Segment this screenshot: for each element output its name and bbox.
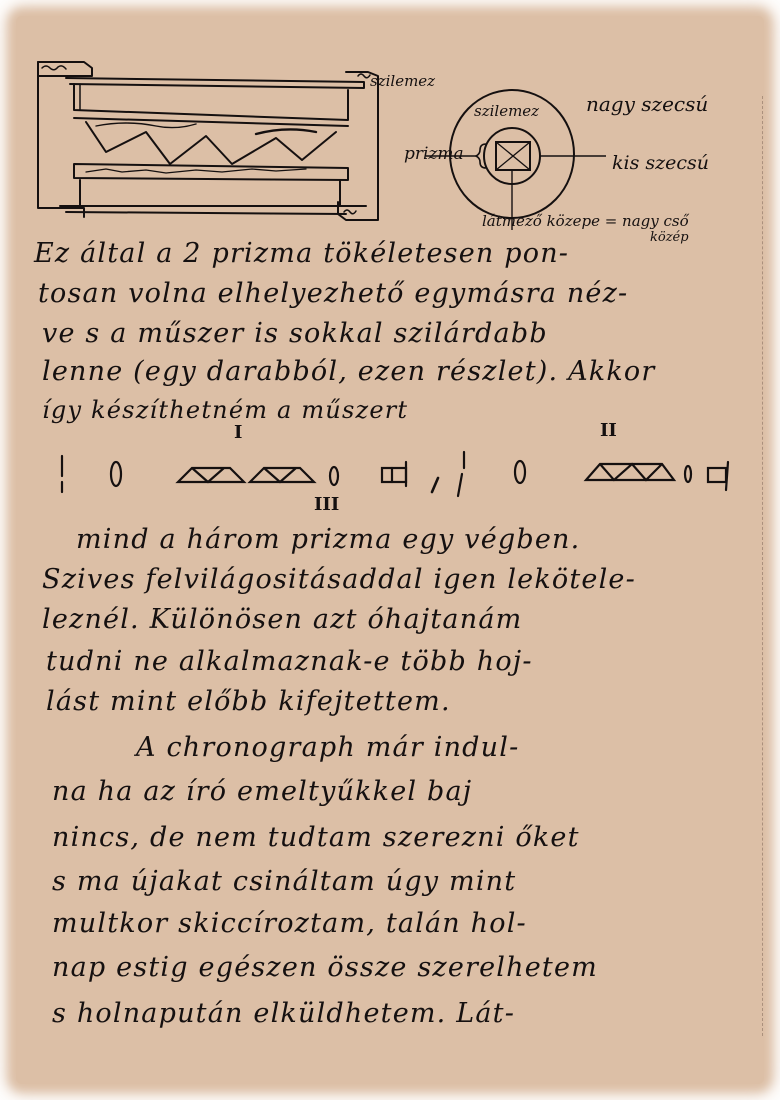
text-line: nap estig egészen össze szerelhetem — [52, 952, 598, 983]
text-line: ve s a műszer is sokkal szilárdabb — [42, 318, 548, 349]
text-line: lást mint előbb kifejtettem. — [46, 686, 451, 717]
numeral-two: II — [600, 420, 617, 441]
page-edge-rule — [762, 96, 763, 1036]
text-line: s ma újakat csináltam úgy mint — [52, 866, 516, 897]
field-center-label: látmező közepe = nagy cső — [482, 212, 689, 230]
text-line: A chronograph már indul- — [136, 732, 519, 763]
text-line: s holnapután elküldhetem. Lát- — [52, 998, 515, 1029]
side-view-sketch — [26, 52, 386, 227]
circle-inner-label: szilemez — [474, 102, 539, 120]
text-line: multkor skiccíroztam, talán hol- — [52, 908, 527, 939]
center-cont-label: közép — [650, 230, 689, 245]
large-tube-label: nagy szecsú — [586, 92, 708, 116]
side-view-label: szilemez — [370, 72, 435, 90]
manuscript-page: szilemez szilemez prizma nagy szecsú kis… — [16, 16, 764, 1084]
text-line: tudni ne alkalmaznak-e több hoj- — [46, 646, 533, 677]
text-line: lenne (egy darabból, ezen részlet). Akko… — [42, 356, 655, 387]
numeral-one: I — [234, 422, 242, 443]
text-line: Ez által a 2 prizma tökéletesen pon- — [34, 238, 569, 269]
text-line: leznél. Különösen azt óhajtanám — [42, 604, 522, 635]
text-line: nincs, de nem tudtam szerezni őket — [52, 822, 580, 853]
text-line: na ha az író emeltyűkkel baj — [52, 776, 472, 807]
small-tube-label: kis szecsú — [612, 152, 709, 174]
prism-label: prizma — [404, 144, 464, 164]
prism-row-diagram — [52, 448, 752, 508]
text-line: így készíthetném a műszert — [42, 396, 408, 424]
text-line: mind a három prizma egy végben. — [76, 524, 580, 555]
text-line: tosan volna elhelyezhető egymásra néz- — [38, 278, 628, 309]
text-line: Szives felvilágositásaddal igen lekötele… — [42, 564, 636, 595]
